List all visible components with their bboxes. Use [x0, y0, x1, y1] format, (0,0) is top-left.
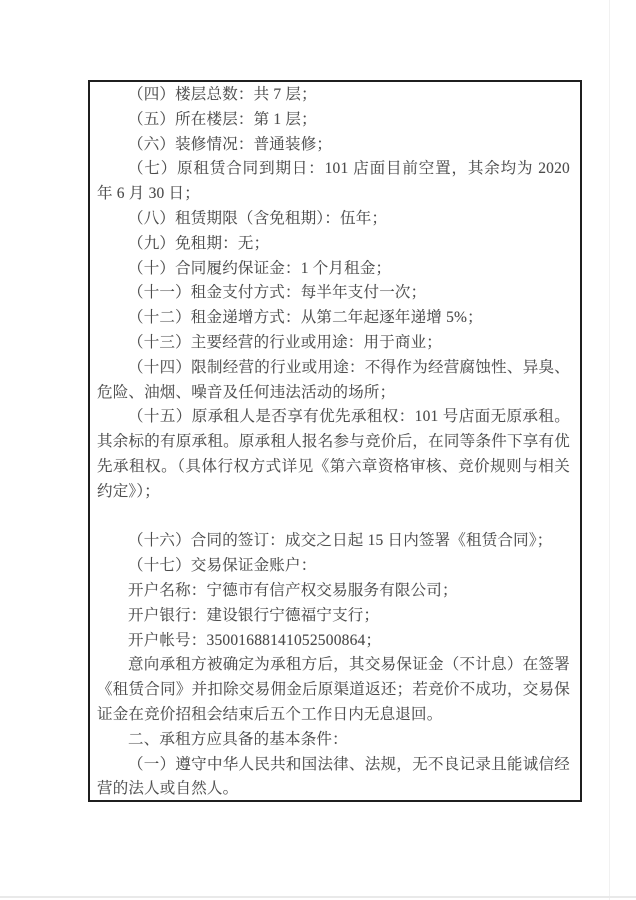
- account-number-line: 开户帐号：35001688141052500864；: [97, 629, 570, 654]
- document-table-cell: （四）楼层总数：共 7 层； （五）所在楼层：第 1 层； （六）装修情况：普通…: [88, 80, 582, 802]
- clause-10-performance-deposit: （十）合同履约保证金：1 个月租金；: [97, 257, 570, 282]
- clause-9-rent-free-period: （九）免租期：无；: [97, 232, 570, 257]
- clause-5-floor-located: （五）所在楼层：第 1 层；: [97, 108, 570, 133]
- clause-16-contract-signing: （十六）合同的签订：成交之日起 15 日内签署《租赁合同》；: [97, 529, 570, 554]
- document-page: （四）楼层总数：共 7 层； （五）所在楼层：第 1 层； （六）装修情况：普通…: [0, 0, 636, 900]
- deposit-refund-note: 意向承租方被确定为承租方后，其交易保证金（不计息）在签署《租赁合同》并扣除交易佣…: [97, 653, 570, 727]
- clause-4-floor-total: （四）楼层总数：共 7 层；: [97, 83, 570, 108]
- clause-15-priority-lease-right: （十五）原承租人是否享有优先承租权：101 号店面无原承租。其余标的有原承租。原…: [97, 405, 570, 504]
- clause-14-restricted-business-use: （十四）限制经营的行业或用途：不得作为经营腐蚀性、异臭、危险、油烟、噪音及任何违…: [97, 356, 570, 406]
- account-name-line: 开户名称：宁德市有信产权交易服务有限公司；: [97, 579, 570, 604]
- clause-11-rent-payment-method: （十一）租金支付方式：每半年支付一次；: [97, 281, 570, 306]
- scan-edge-line-bottom: [0, 896, 636, 898]
- clause-13-main-business-use: （十三）主要经营的行业或用途：用于商业；: [97, 331, 570, 356]
- condition-1-law-abiding: （一）遵守中华人民共和国法律、法规，无不良记录且能诚信经营的法人或自然人。: [97, 753, 570, 802]
- scan-edge-line-right: [609, 0, 610, 900]
- section-2-heading: 二、承租方应具备的基本条件：: [97, 728, 570, 753]
- clause-6-renovation: （六）装修情况：普通装修；: [97, 133, 570, 158]
- clause-17-deposit-account: （十七）交易保证金账户：: [97, 554, 570, 579]
- account-bank-line: 开户银行：建设银行宁德福宁支行；: [97, 604, 570, 629]
- clause-7-original-lease-expiry: （七）原租赁合同到期日：101 店面目前空置，其余均为 2020 年 6 月 3…: [97, 157, 570, 207]
- clause-12-rent-escalation: （十二）租金递增方式：从第二年起逐年递增 5%；: [97, 306, 570, 331]
- clause-8-lease-term: （八）租赁期限（含免租期）：伍年；: [97, 207, 570, 232]
